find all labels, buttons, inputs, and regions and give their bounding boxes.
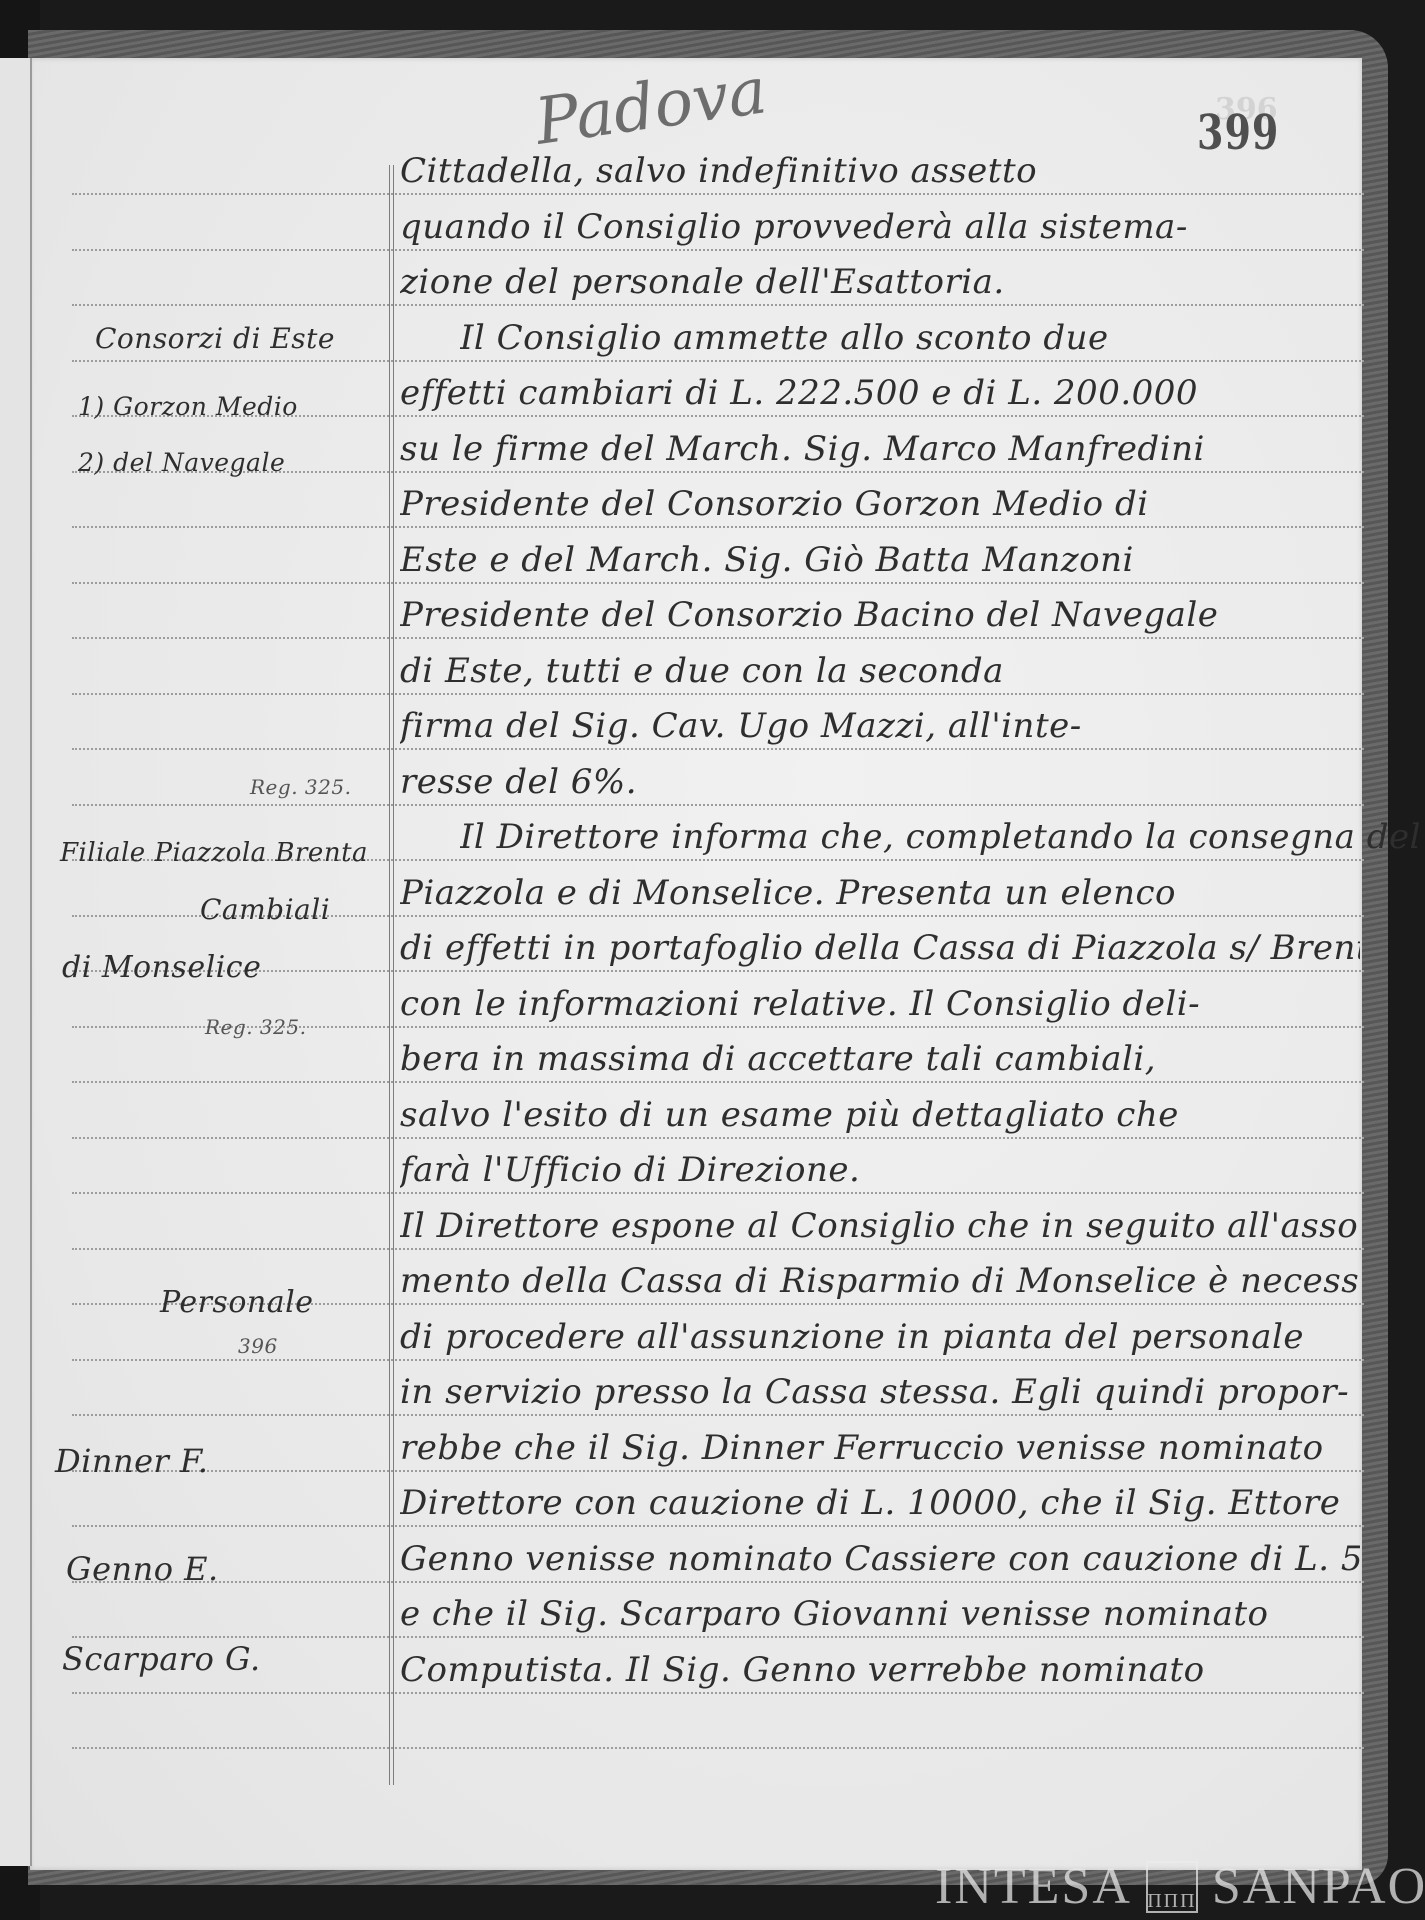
ruled-line — [72, 1137, 1364, 1139]
ruled-line — [72, 526, 1364, 528]
minutes-line: con le informazioni relative. Il Consigl… — [400, 984, 1360, 1024]
margin-note-consorzi-item-2: 2) del Navegale — [78, 448, 285, 477]
minutes-line: Il Consiglio ammette allo sconto due — [460, 318, 1420, 358]
minutes-line: Computista. Il Sig. Genno verrebbe nomin… — [400, 1650, 1360, 1690]
ruled-line — [72, 1581, 1364, 1583]
watermark-left: INTESA — [935, 1857, 1132, 1916]
margin-note-personale: Personale — [160, 1285, 313, 1320]
ruled-line — [72, 804, 1364, 806]
gutter-line — [30, 58, 32, 1866]
ruled-line — [72, 1636, 1364, 1638]
minutes-line: Il Direttore espone al Consiglio che in … — [400, 1206, 1360, 1246]
facing-page-edge — [0, 58, 32, 1866]
minutes-line: Este e del March. Sig. Giò Batta Manzoni — [400, 540, 1360, 580]
minutes-line: di procedere all'assunzione in pianta de… — [400, 1317, 1360, 1357]
margin-note-reg-ref-1: Reg. 325. — [250, 775, 351, 799]
ruled-line — [72, 193, 1364, 195]
minutes-line: di Este, tutti e due con la seconda — [400, 651, 1360, 691]
margin-note-filiale: Filiale Piazzola Brenta — [60, 838, 368, 868]
ruled-line — [72, 582, 1364, 584]
minutes-line: Cittadella, salvo indefinitivo assetto — [400, 151, 1360, 191]
ruled-line — [72, 748, 1364, 750]
watermark: INTESA ΠΠΠ SANPAOLO — [935, 1857, 1425, 1916]
ruled-line — [72, 1359, 1364, 1361]
ruled-line — [72, 1525, 1364, 1527]
ruled-line — [72, 1414, 1364, 1416]
margin-note-monselice: di Monselice — [62, 950, 261, 985]
minutes-line: bera in massima di accettare tali cambia… — [400, 1039, 1360, 1079]
minutes-line: Presidente del Consorzio Gorzon Medio di — [400, 484, 1360, 524]
margin-rule-left — [389, 165, 390, 1785]
ruled-line — [72, 1692, 1364, 1694]
margin-note-consorzi-item-1: 1) Gorzon Medio — [78, 392, 298, 421]
minutes-line: Presidente del Consorzio Bacino del Nave… — [400, 595, 1360, 635]
ruled-line — [72, 693, 1364, 695]
minutes-line: rebbe che il Sig. Dinner Ferruccio venis… — [400, 1428, 1360, 1468]
ruled-line — [72, 637, 1364, 639]
watermark-right: SANPAOLO — [1212, 1857, 1425, 1916]
minutes-line: resse del 6%. — [400, 762, 1360, 802]
margin-note-consorzi-title: Consorzi di Este — [95, 322, 335, 355]
minutes-line: e che il Sig. Scarparo Giovanni venisse … — [400, 1594, 1360, 1634]
minutes-line: su le firme del March. Sig. Marco Manfre… — [400, 429, 1360, 469]
margin-name-dinner: Dinner F. — [55, 1442, 208, 1480]
minutes-line: in servizio presso la Cassa stessa. Egli… — [400, 1372, 1360, 1412]
margin-name-genno: Genno E. — [66, 1550, 219, 1588]
minutes-line: mento della Cassa di Risparmio di Monsel… — [400, 1261, 1360, 1301]
ruled-line — [72, 360, 1364, 362]
minutes-line: quando il Consiglio provvederà alla sist… — [400, 207, 1360, 247]
minutes-line: Genno venisse nominato Cassiere con cauz… — [400, 1539, 1360, 1579]
ruled-line — [72, 1747, 1364, 1749]
minutes-line: di effetti in portafoglio della Cassa di… — [400, 928, 1360, 968]
minutes-line: firma del Sig. Cav. Ugo Mazzi, all'inte- — [400, 706, 1360, 746]
margin-note-cambiali: Cambiali — [200, 893, 330, 926]
ruled-line — [72, 249, 1364, 251]
ruled-line — [72, 1248, 1364, 1250]
minutes-line: Piazzola e di Monselice. Presenta un ele… — [400, 873, 1360, 913]
minutes-line: salvo l'esito di un esame più dettagliat… — [400, 1095, 1360, 1135]
margin-note-reg-ref-2: Reg. 325. — [205, 1015, 306, 1039]
ruled-line — [72, 304, 1364, 306]
minutes-line: zione del personale dell'Esattoria. — [400, 262, 1360, 302]
minutes-line: effetti cambiari di L. 222.500 e di L. 2… — [400, 373, 1360, 413]
ruled-line — [72, 970, 1364, 972]
ruled-line — [72, 1470, 1364, 1472]
margin-rule-right — [393, 165, 394, 1785]
minutes-line: Direttore con cauzione di L. 10000, che … — [400, 1483, 1360, 1523]
minutes-line: Il Direttore informa che, completando la… — [460, 817, 1420, 857]
ruled-line — [72, 1192, 1364, 1194]
margin-name-scarparo: Scarparo G. — [62, 1640, 261, 1678]
margin-note-personale-ref: 396 — [238, 1334, 278, 1358]
ruled-line — [72, 1081, 1364, 1083]
minutes-line: farà l'Ufficio di Direzione. — [400, 1150, 1360, 1190]
bank-logo-icon: ΠΠΠ — [1146, 1861, 1198, 1913]
